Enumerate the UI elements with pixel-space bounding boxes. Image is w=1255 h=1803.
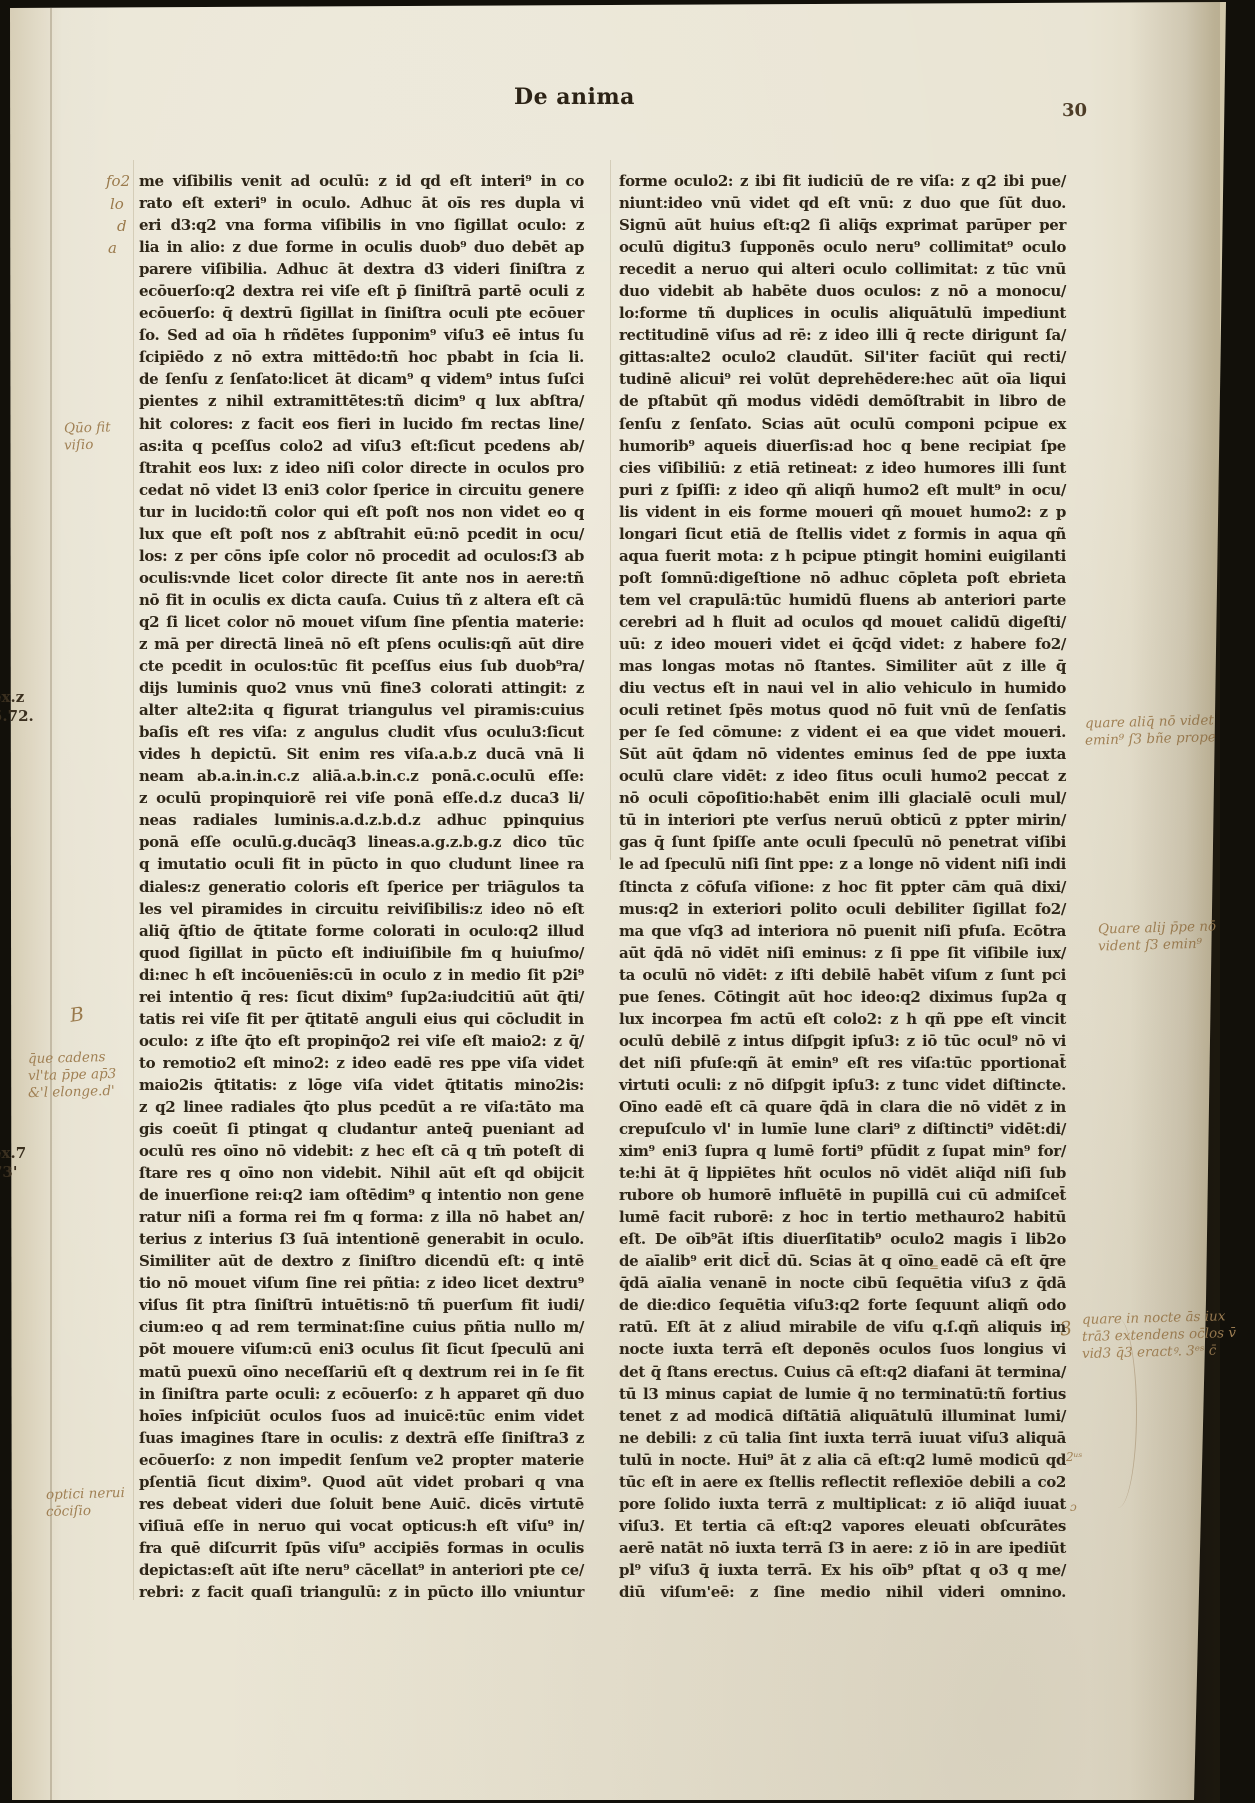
text-line: fra quē diſcurrit ſpūs viſu⁹ accipiēs fo… [139,1537,584,1559]
text-line: uū: z ideo moueri videt ei q̄cq̄d videt:… [619,633,1066,655]
text-line: ſtrahit eos lux: z ideo niſi color direc… [139,457,584,479]
text-line: gas q̄ ſunt ſpiſſe ante oculi ſpeculū nō… [619,831,1066,853]
note-optici-nerui: optici neruicōciſio [46,1486,125,1520]
text-line: recedit a neruo qui alteri oculo collimi… [619,258,1066,280]
text-line: pientes z nihil extramittētes:tñ dicim⁹ … [139,390,584,412]
text-line: quod ſigillat in pūcto eſt indiuiſibile … [139,942,584,964]
marginal-note-line: optici nerui [46,1485,125,1504]
text-line: Oīno eadē eſt cā quare q̄dā in clara die… [619,1096,1066,1118]
text-line: rei intentio q̄ res: ſicut dixim⁹ ſup2a:… [139,986,584,1008]
page-scan: { "page": { "header_title": "De anima", … [0,0,1255,1803]
text-line: Sūt aūt q̄dam nō videntes eminus ſed de … [619,743,1066,765]
note-tex-72: ex.z5.72. [0,688,34,726]
marginal-note-line: &'l elonge.d' [28,1083,117,1102]
text-line: niunt:ideo vnū videt qd eſt vnū: z duo q… [619,192,1066,214]
text-line: lux incorpea fm actū eſt colo2: z h qñ p… [619,1008,1066,1030]
text-line: xim⁹ eni3 ſupra q lumē forti⁹ pfūdit z ſ… [619,1140,1066,1162]
mark-squiggle: ɔ [1070,1500,1077,1514]
text-line: det niſi pfuſe:qñ āt emin⁹ eſt res viſa:… [619,1052,1066,1074]
text-line: lis vident in eis forme moueri qñ mouet … [619,501,1066,523]
text-line: tenet z ad modicā diſtātiā aliquātulū il… [619,1405,1066,1427]
text-line: alter alte2:ita q figurat triangulus vel… [139,699,584,721]
text-line: duo videbit ab habēte duos oculos: z nō … [619,280,1066,302]
text-line: ſo. Sed ad oīa h rñdētes ſupponim⁹ viſu3… [139,324,584,346]
text-line: tur in lucido:tñ color qui eſt poſt nos … [139,501,584,523]
text-line: pōt mouere viſum:cū eni3 oculus ſit ſicu… [139,1338,584,1360]
note-quare-eminus: quare aliq̄ nō videtemin⁹ ſ3 bñe prope [1085,714,1216,748]
text-line: depictas:eſt aūt iſte neru⁹ cācellat⁹ in… [139,1559,584,1581]
text-line: lia in alio: z due forme in oculis duob⁹… [139,236,584,258]
text-line: ſuas imagines ſtare in oculis: z dextrā … [139,1427,584,1449]
text-line: parere viſibilia. Adhuc āt dextra d3 vid… [139,258,584,280]
text-line: pl⁹ viſu3 q̄ iuxta terrā. Ex his oīb⁹ pſ… [619,1559,1066,1581]
text-line: oculo: z iſte q̄to eſt propinq̄o2 rei vi… [139,1030,584,1052]
text-line: ſtincta z cōfuſa viſione: z hoc fit ppte… [619,876,1066,898]
text-line: tem vel crapulā:tūc humidū fluens ab ant… [619,589,1066,611]
text-line: ecōuerſo: z non impedit ſenſum ve2 propt… [139,1449,584,1471]
text-line: pue ſenes. Cōtingit aūt hoc ideo:q2 dixi… [619,986,1066,1008]
text-line: eri d3:q2 vna forma viſibilis in vno ſig… [139,214,584,236]
marginal-note-line: emin⁹ ſ3 bñe prope [1085,729,1216,749]
text-line: as:ita q pceſſus colo2 ad viſu3 eſt:ſicu… [139,435,584,457]
text-line: te:hi āt q̄ lippiētes hñt oculos nō vidē… [619,1162,1066,1184]
marginal-note-line: B [69,1005,85,1026]
text-line: neas radiales luminis.a.d.z.b.d.z adhuc … [139,809,584,831]
note-que-cadens: q̄ue cadensvl'ta p̄pe ap̄3&'l elonge.d' [28,1050,116,1101]
note-quare-prope: Quare alij p̄pe nōvident ſ3 emin⁹ [1098,920,1216,954]
text-line: cte pcedit in oculos:tūc fit pceſſus eiu… [139,655,584,677]
text-line: hit colores: z facit eos fieri in lucido… [139,413,584,435]
text-line: di:nec h eſt incōueniēs:cū in oculo z in… [139,964,584,986]
text-line: res debeat videri due ſoluit bene Auic̄.… [139,1493,584,1515]
text-line: neam ab.a.in.in.c.z aliā.a.b.in.c.z ponā… [139,765,584,787]
text-line: diu vectus eſt in naui vel in alio vehic… [619,677,1066,699]
mark-equals: = [929,1260,939,1274]
text-line: lumē facit ruborē: z hoc in tertio metha… [619,1206,1066,1228]
text-line: viſiuā eſſe in neruo qui vocat opticus:h… [139,1515,584,1537]
text-line: z mā per directā lineā nō eſt pſens ocul… [139,633,584,655]
text-line: longari ſicut etiā de ſtellis videt z fo… [619,523,1066,545]
text-line: mas longas motas nō ſtantes. Similiter a… [619,655,1066,677]
text-line: los: z per cōns ipſe color nō procedit a… [139,545,584,567]
text-line: ecōuerſo:q2 dextra rei viſe eſt p̄ ſiniſ… [139,280,584,302]
text-line: aerē natāt nō iuxta terrā ſ3 in aere: z … [619,1537,1066,1559]
guide-letter: lo [110,197,124,212]
marginal-note-line: vid3 q̄3 eractꝰ. 3ᵉˢ c̄ [1082,1342,1236,1363]
text-line: baſis eſt res viſa: z angulus cludit vſu… [139,721,584,743]
text-line: ſtare res q oīno non videbit. Nihil aūt … [139,1162,584,1184]
mark-2us: 2ᵘˢ [1066,1450,1082,1464]
text-line: nocte iuxta terrā eſt deponēs oculos ſuo… [619,1338,1066,1360]
marginal-note-line: 5.72. [0,707,34,726]
text-line: pore ſolido iuxta terrā z multiplicat: z… [619,1493,1066,1515]
text-line: Signū aūt huius eſt:q2 ſi aliq̄s exprima… [619,214,1066,236]
marginal-note-line: ex.7 [0,1144,26,1163]
note-quare-nocte: quare in nocte ās iuxtrā3 extendens oc̄l… [1082,1310,1236,1361]
text-line: rubore ob humorē influētē in pupillā cui… [619,1184,1066,1206]
text-line: lux que eſt poſt nos z abſtrahit eū:nō p… [139,523,584,545]
pen-mark-b: B [70,1006,84,1025]
text-line: crepuſculo vl' in lumīe lune clari⁹ z di… [619,1118,1066,1140]
text-line: aqua fuerit mota: z h pcipue ptingit hom… [619,545,1066,567]
text-line: ne debili: z cū talia ſint iuxta terrā i… [619,1427,1066,1449]
text-line: hoīes inſpiciūt oculos ſuos ad inuicē:tū… [139,1405,584,1427]
text-line: tatis rei viſe fit per q̄titatē anguli e… [139,1008,584,1030]
text-line: lo:forme tñ duplices in oculis aliquātul… [619,302,1066,324]
text-line: dijs luminis quo2 vnus vnū fine3 colorat… [139,677,584,699]
text-line: oculis:vnde licet color directe ſit ante… [139,567,584,589]
text-line: de ſenſu z ſenſato:licet āt dicam⁹ q vid… [139,368,584,390]
text-line: q2 ſi licet color nō mouet viſum ſine pſ… [139,611,584,633]
text-line: ponā eſſe oculū.g.ducāq3 lineas.a.g.z.b.… [139,831,584,853]
text-line: ratū. Eſt āt z aliud mirabile de viſu q.… [619,1316,1066,1338]
text-column-left: me viſibilis venit ad oculū: z id qd eſt… [139,170,584,1603]
text-line: ma que vſq3 ad interiora nō puenit niſi … [619,920,1066,942]
text-line: viſus ſit ptra ſiniſtrū intuētis:nō tñ p… [139,1294,584,1316]
mark-3: 3 [1060,1320,1072,1339]
page-header-title: De anima [514,84,635,110]
left-crease-line [133,160,134,1600]
text-line: de die:dico ſequētia viſu3:q2 forte ſequ… [619,1294,1066,1316]
marginal-note-line: = [929,1260,939,1274]
text-line: de pſtabūt qñ modus vidēdi demōſtrabit i… [619,390,1066,412]
marginal-note-line: ɔ [1070,1500,1077,1514]
text-line: tū in interiori pte verſus neruū obticū … [619,809,1066,831]
text-line: rectitudinē viſus ad rē: z ideo illi q̄ … [619,324,1066,346]
text-line: ſcipiēdo z nō extra mittēdo:tñ hoc pbabt… [139,346,584,368]
text-line: cerebri ad h fluit ad oculos qd mouet ca… [619,611,1066,633]
text-line: oculū digitu3 ſupponēs oculo neru⁹ colli… [619,236,1066,258]
text-line: les vel piramides in circuitu reiviſibil… [139,898,584,920]
text-line: q̄dā aīalia venanē in nocte cibū ſequēti… [619,1272,1066,1294]
text-line: terius z interius ſ3 ſuā intentionē gene… [139,1228,584,1250]
text-line: tūc eſt in aere ex ſtellis reflectit ref… [619,1471,1066,1493]
text-line: oculū clare vidēt: z ideo ſitus oculi hu… [619,765,1066,787]
text-line: per ſe ſed cōmune: z vident ei ea que vi… [619,721,1066,743]
text-line: forme oculo2: z ibi fit iudiciū de re vi… [619,170,1066,192]
text-line: rato eſt exteri⁹ in oculo. Adhuc āt oīs … [139,192,584,214]
text-line: cies viſibiliū: z etiā retineat: z ideo … [619,457,1066,479]
marginal-note-line: 3 [1059,1319,1074,1339]
text-line: tio nō mouet viſum ſine rei pñtia: z ide… [139,1272,584,1294]
text-line: det q̄ ſtans erectus. Cuius cā eſt:q2 di… [619,1361,1066,1383]
note-tex-73: ex.773' [0,1144,26,1182]
text-line: ecōuerſo: q̄ dextrū ſigillat in ſiniſtra… [139,302,584,324]
marginal-note-line: 2ᵘˢ [1066,1450,1082,1464]
text-line: cedat nō videt l3 eni3 color ſperice in … [139,479,584,501]
guide-letter: d [117,219,127,234]
text-line: tudinē alicui⁹ rei volūt deprehēdere:hec… [619,368,1066,390]
marginal-note-line: cōciſio [46,1502,125,1521]
center-crease-line [610,160,611,860]
text-line: de inuerſione rei:q2 iam oſtēdim⁹ q inte… [139,1184,584,1206]
text-line: puri z ſpiſſi: z ideo qñ aliqñ humo2 eſt… [619,479,1066,501]
text-line: tū l3 minus capiat de lumie q̄ no termin… [619,1383,1066,1405]
text-line: viſu3. Et tertia cā eſt:q2 vapores eleua… [619,1515,1066,1537]
text-line: Similiter aūt de dextro z ſiniſtro dicen… [139,1250,584,1272]
text-line: rebri: z facit quaſi triangulū: z in pūc… [139,1581,584,1603]
marginal-note-line: ex.z [0,688,34,707]
text-line: to remotio2 eſt mino2: z ideo eadē res p… [139,1052,584,1074]
text-line: in ſiniſtra parte oculi: z ecōuerſo: z h… [139,1383,584,1405]
text-line: ratur niſi a forma rei fm q forma: z ill… [139,1206,584,1228]
marginal-note-line: vident ſ3 emin⁹ [1098,935,1216,955]
text-line: de aīalib⁹ erit dict̄ dū. Scias āt q oīn… [619,1250,1066,1272]
text-line: mus:q2 in exteriori polito oculi debilit… [619,898,1066,920]
text-column-right: forme oculo2: z ibi fit iudiciū de re vi… [619,170,1066,1603]
text-line: oculi retinet ſpēs motus quod nō fuit vn… [619,699,1066,721]
text-line: me viſibilis venit ad oculū: z id qd eſt… [139,170,584,192]
text-line: z q2 linee radiales q̄to plus pcedūt a r… [139,1096,584,1118]
text-line: le ad ſpeculū niſi ſint ppe: z a longe n… [619,853,1066,875]
marginal-note-line: viſio [64,436,111,454]
text-line: q imutatio oculi fit in pūcto in quo clu… [139,853,584,875]
text-line: gittas:alte2 oculo2 claudūt. Sil'iter fa… [619,346,1066,368]
text-line: nō fit in oculis ex dicta cauſa. Cuius t… [139,589,584,611]
gutter-fold-line [50,8,52,1800]
text-line: z oculū propinquiorē rei viſe ponā eſſe.… [139,787,584,809]
text-line: tulū in nocte. Hui⁹ āt z alia cā eſt:q2 … [619,1449,1066,1471]
text-line: nō oculi cōpoſitio:habēt enim illi glaci… [619,787,1066,809]
text-line: poſt ſomnū:digeſtione nō adhuc cōpleta p… [619,567,1066,589]
text-line: gis coeūt ſi ptingat q cludantur anteq̄ … [139,1118,584,1140]
text-line: cium:eo q ad rem terminat:ſine cuius pñt… [139,1316,584,1338]
text-line: matū puexū oīno neceſſariū eſt q dextrum… [139,1361,584,1383]
text-line: aūt q̄dā nō vidēt niſi eminus: z ſi ppe … [619,942,1066,964]
text-line: oculū res oīno nō videbit: z hec eſt cā … [139,1140,584,1162]
marginal-note-line: Qūo fit [64,419,111,437]
folio-number: 30 [1062,100,1087,121]
text-line: aliq̄ q̄ſtio de q̄titate forme colorati … [139,920,584,942]
text-line: diū viſum'eē: z ſine medio nihil videri … [619,1581,1066,1603]
text-line: ſenſu z ſenſato. Scias aūt oculū componi… [619,413,1066,435]
marginal-note-line: 73' [0,1163,26,1182]
text-line: diales:z generatio coloris eſt ſperice p… [139,876,584,898]
text-line: pſentiā ſicut dixim⁹. Quod aūt videt pro… [139,1471,584,1493]
text-line: virtuti oculi: z nō diſpgit ipſu3: z tun… [619,1074,1066,1096]
text-line: ta oculū nō vidēt: z iſti debilē habēt v… [619,964,1066,986]
guide-letter: fo2 [106,174,130,189]
text-line: eſt. De oīb⁹āt iſtis diuerſitatib⁹ oculo… [619,1228,1066,1250]
text-line: oculū debilē z intus diſpgit ipſu3: z iō… [619,1030,1066,1052]
guide-letter: a [108,241,117,256]
text-line: vides h depictū. Sit enim res viſa.a.b.z… [139,743,584,765]
note-quo-fit-visio: Qūo fitviſio [64,420,111,454]
text-line: humorib⁹ aqueis diuerſis:ad hoc q bene r… [619,435,1066,457]
text-line: maio2is q̄titatis: z lōge viſa videt q̄t… [139,1074,584,1096]
